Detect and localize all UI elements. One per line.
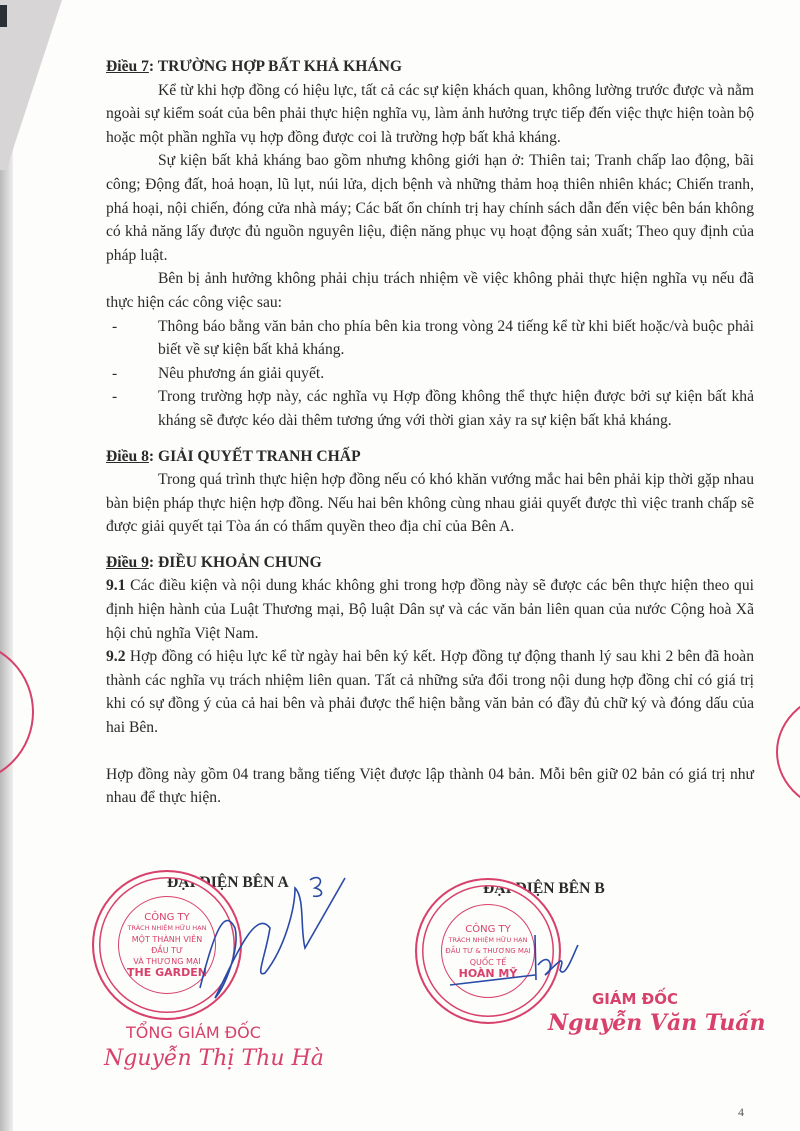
list-item: -Nêu phương án giải quyết. (106, 362, 754, 386)
page-corner-fold (0, 0, 62, 170)
party-a-name: Nguyễn Thị Thu Hà (104, 1046, 324, 1071)
closing-statement: Hợp đồng này gồm 04 trang bằng tiếng Việ… (106, 763, 754, 810)
list-item: -Thông báo bằng văn bản cho phía bên kia… (106, 315, 754, 362)
list-item: -Trong trường hợp này, các nghĩa vụ Hợp … (106, 385, 754, 432)
party-b-name: Nguyễn Văn Tuấn (548, 1010, 766, 1036)
party-b-role: GIÁM ĐỐC (592, 990, 678, 1008)
article-heading: Điều 8: GIẢI QUYẾT TRANH CHẤP (106, 445, 754, 469)
clause-9-1: 9.1 Các điều kiện và nội dung khác không… (106, 574, 754, 645)
party-a-signature (195, 868, 355, 1008)
party-a-role: TỔNG GIÁM ĐỐC (126, 1023, 261, 1042)
paragraph: Trong quá trình thực hiện hợp đồng nếu c… (106, 468, 754, 539)
article-7: Điều 7: TRƯỜNG HỢP BẤT KHẢ KHÁNG Kể từ k… (106, 55, 754, 433)
party-b-signature (440, 920, 580, 1000)
scan-shadow (0, 5, 7, 27)
edge-seal-left (0, 640, 34, 784)
edge-seal-right (776, 690, 800, 814)
article-heading: Điều 9: ĐIỀU KHOẢN CHUNG (106, 551, 754, 575)
page-number: 4 (738, 1105, 744, 1120)
article-8: Điều 8: GIẢI QUYẾT TRANH CHẤP Trong quá … (106, 445, 754, 539)
contract-page: Điều 7: TRƯỜNG HỢP BẤT KHẢ KHÁNG Kể từ k… (106, 55, 754, 810)
clause-9-2: 9.2 Hợp đồng có hiệu lực kể từ ngày hai … (106, 645, 754, 739)
paragraph: Bên bị ảnh hưởng không phải chịu trách n… (106, 267, 754, 314)
paragraph: Kể từ khi hợp đồng có hiệu lực, tất cả c… (106, 79, 754, 150)
article-heading: Điều 7: TRƯỜNG HỢP BẤT KHẢ KHÁNG (106, 55, 754, 79)
paragraph: Sự kiện bất khả kháng bao gồm nhưng khôn… (106, 149, 754, 267)
article-9: Điều 9: ĐIỀU KHOẢN CHUNG 9.1 Các điều ki… (106, 551, 754, 740)
